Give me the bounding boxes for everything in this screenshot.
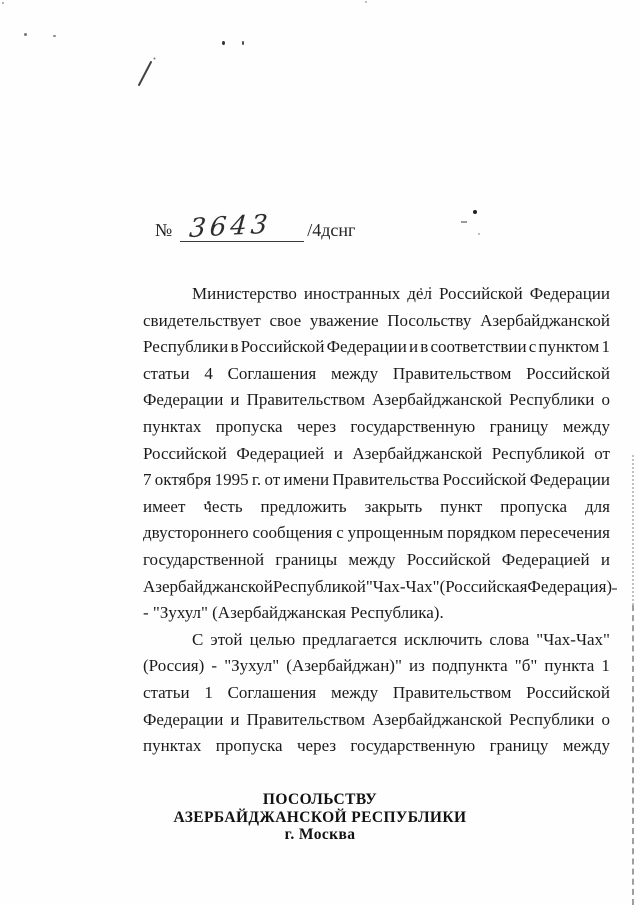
body-line: МинистерствоиностранныхделРоссийскойФеде… xyxy=(143,281,610,308)
ink-speck xyxy=(461,221,467,223)
reference-number-line: № 3643 /4дснг xyxy=(155,213,355,242)
body-line: РоссийскойФедерациейиАзербайджанскойРесп… xyxy=(143,441,610,468)
ink-speck xyxy=(473,210,477,214)
ink-speck xyxy=(24,33,27,36)
pen-slash-mark xyxy=(0,0,200,120)
addressee-block: ПОСОЛЬСТВУАЗЕРБАЙДЖАНСКОЙ РЕСПУБЛИКИг. М… xyxy=(0,791,640,844)
body-line: 7октября1995г.отимениПравительстваРоссий… xyxy=(143,467,610,494)
body-line: - "Зухул" (Азербайджанская Республика). xyxy=(143,600,610,627)
body-line: ФедерациииПравительствомАзербайджанскойР… xyxy=(143,707,610,734)
ink-speck xyxy=(53,35,56,37)
scan-edge-artifact xyxy=(632,605,634,905)
body-line: пунктахпропускачерезгосударственнуюграни… xyxy=(143,414,610,441)
ref-number-handwritten: 3643 xyxy=(188,210,273,244)
scanned-document-page: № 3643 /4дснг Министерствоиностранныхдел… xyxy=(0,0,640,905)
body-line: свидетельствуетсвоеуважениеПосольствуАзе… xyxy=(143,308,610,335)
ink-speck xyxy=(2,2,4,4)
body-line: РеспубликивРоссийскойФедерацииивсоответс… xyxy=(143,334,610,361)
body-line: статьи4СоглашениямеждуПравительствомРосс… xyxy=(143,361,610,388)
body-line: АзербайджанскойРеспубликой"Чах-Чах"(Росс… xyxy=(143,574,610,601)
ref-number-suffix: /4дснг xyxy=(307,220,355,242)
ref-number-blank: 3643 xyxy=(180,213,304,242)
addressee-line: ПОСОЛЬСТВУ xyxy=(0,791,640,809)
ink-speck xyxy=(478,233,480,235)
ink-speck xyxy=(612,588,617,590)
body-line: двустороннегосообщениясупрощеннымпорядко… xyxy=(143,520,610,547)
ink-speck xyxy=(222,41,225,45)
body-line: пунктахпропускачерезгосударственнуюграни… xyxy=(143,733,610,760)
body-line: статьи1СоглашениямеждуПравительствомРосс… xyxy=(143,680,610,707)
scan-edge-artifact xyxy=(632,455,634,605)
body-line: государственнойграницымеждуРоссийскойФед… xyxy=(143,547,610,574)
ink-speck xyxy=(365,1,367,3)
body-line: имеетчестьпредложитьзакрытьпунктпропуска… xyxy=(143,494,610,521)
body-line: (Россия)-"Зухул"(Азербайджан)"изподпункт… xyxy=(143,653,610,680)
body-line: ФедерациииПравительствомАзербайджанскойР… xyxy=(143,387,610,414)
addressee-line: г. Москва xyxy=(0,826,640,844)
ref-number-sign: № xyxy=(155,220,172,242)
addressee-line: АЗЕРБАЙДЖАНСКОЙ РЕСПУБЛИКИ xyxy=(0,809,640,827)
note-body: МинистерствоиностранныхделРоссийскойФеде… xyxy=(143,281,610,760)
ink-speck xyxy=(242,41,244,45)
body-line: Сэтойцельюпредлагаетсяисключитьслова"Чах… xyxy=(143,627,610,654)
